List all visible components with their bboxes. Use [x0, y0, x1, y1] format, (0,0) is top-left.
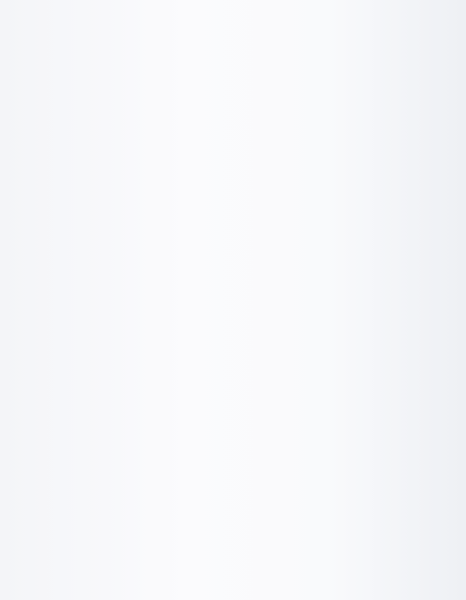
- scanned-document-page: [0, 0, 466, 600]
